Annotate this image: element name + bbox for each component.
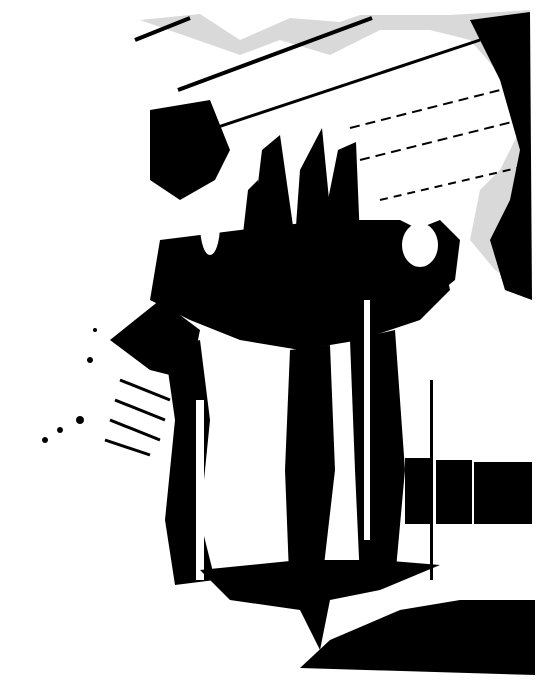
photograph [0,0,545,690]
